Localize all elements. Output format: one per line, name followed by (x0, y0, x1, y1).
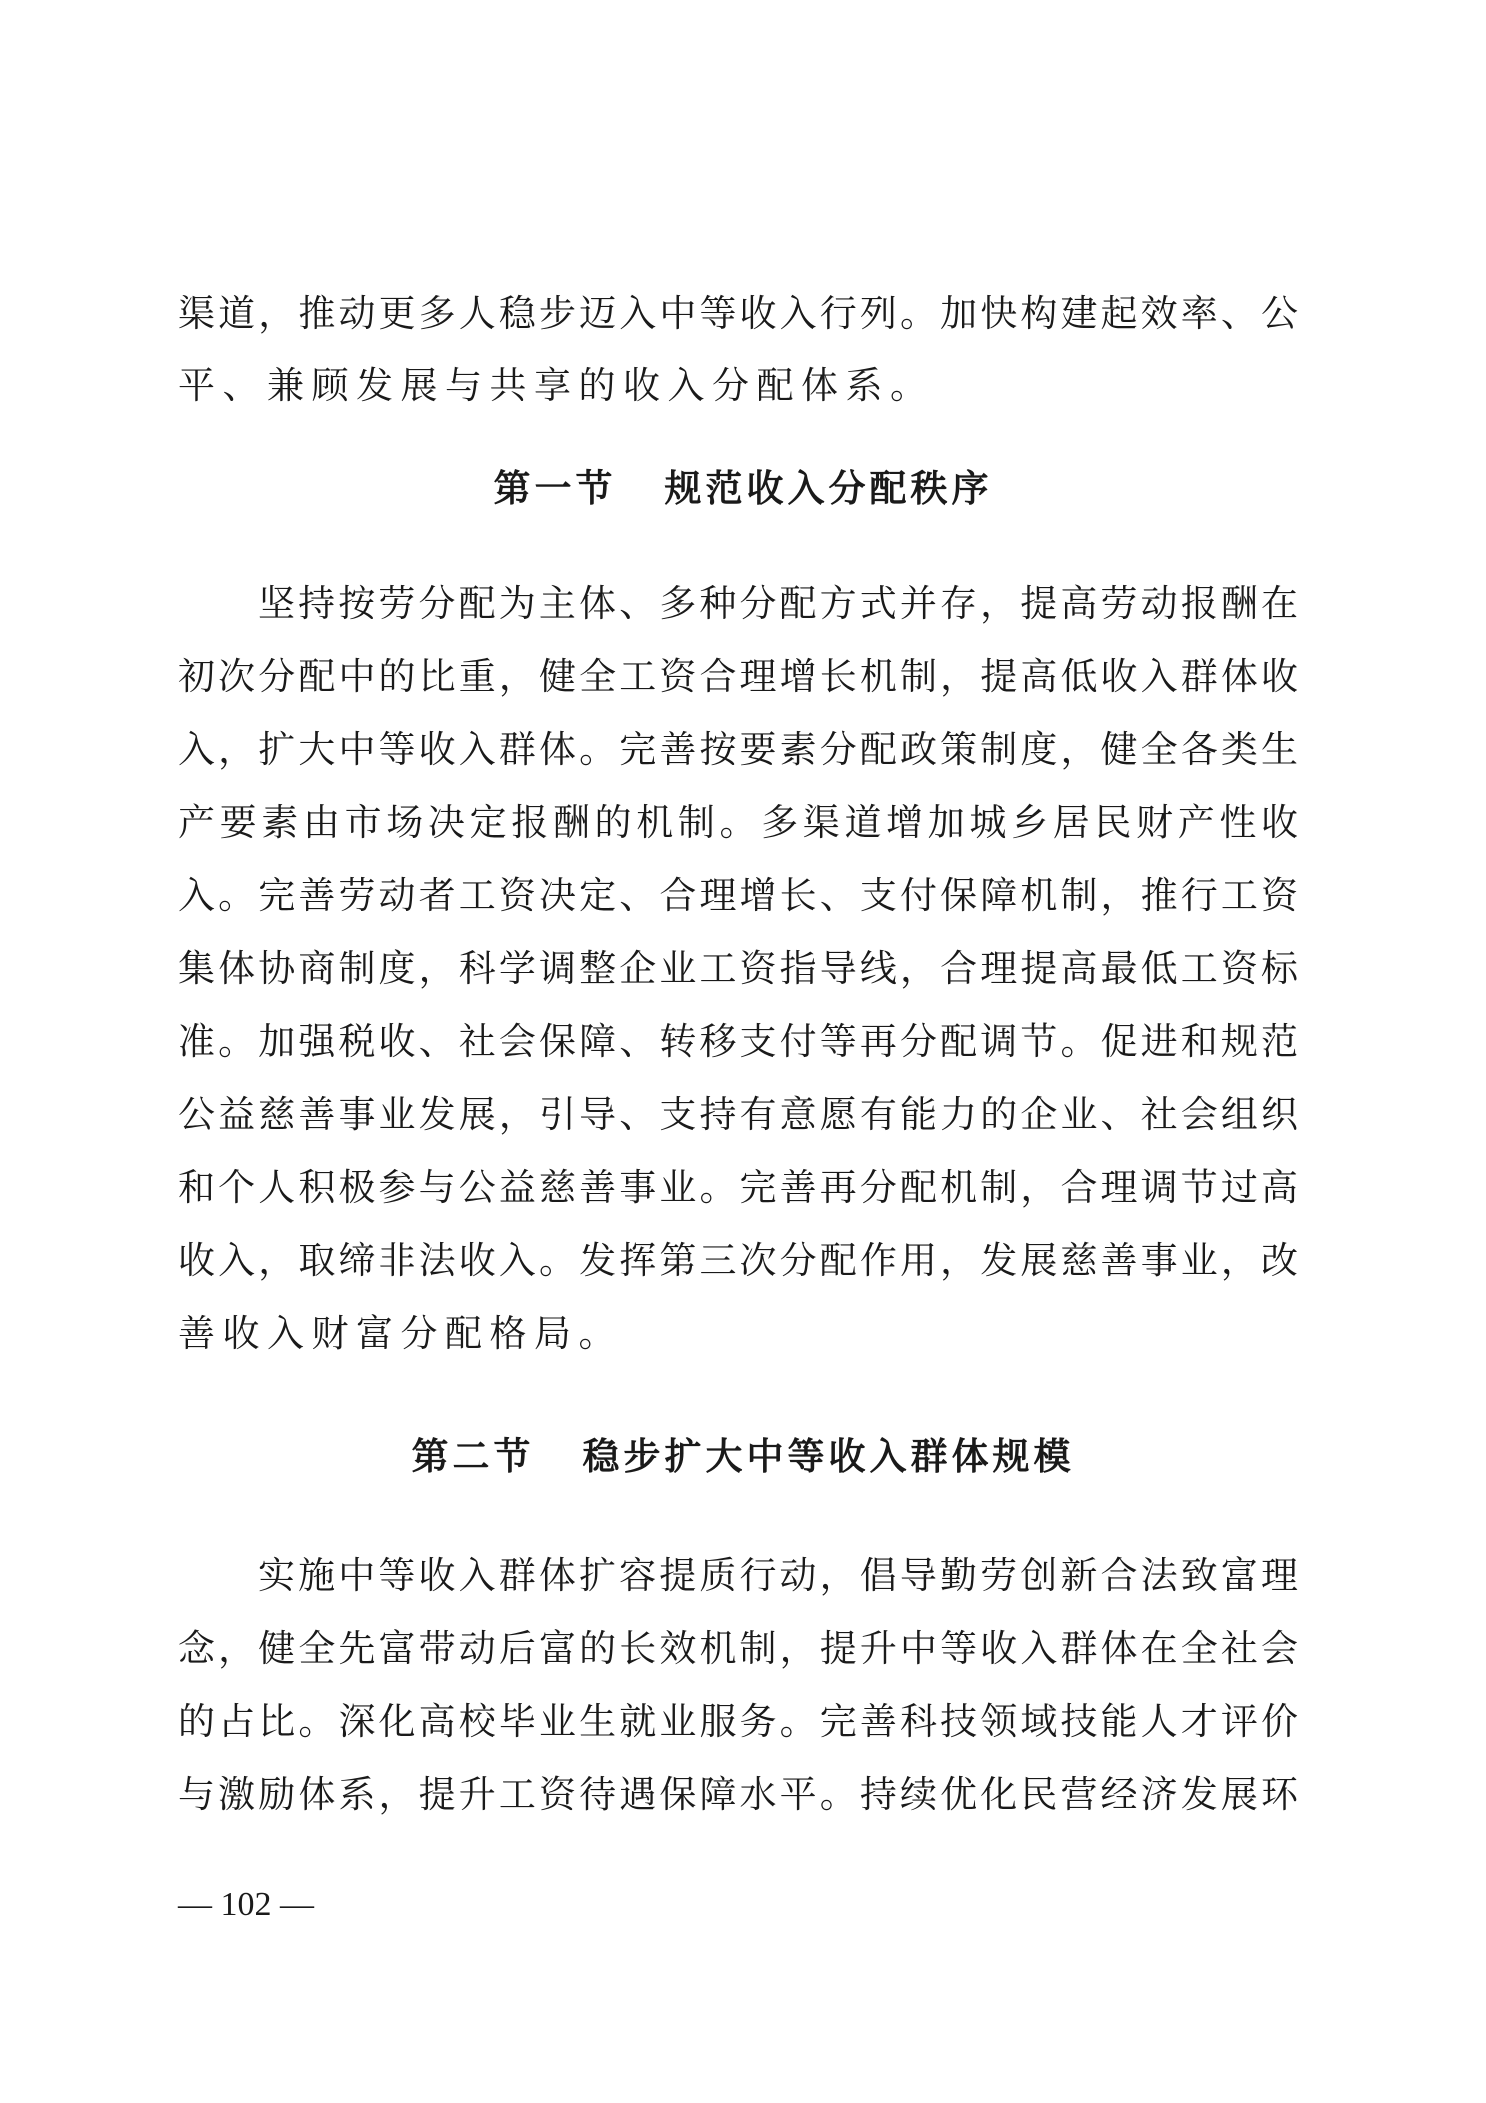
section-1-number: 第一节 (494, 466, 617, 510)
section-1-line-11: 善收入财富分配格局。 (178, 1306, 1298, 1362)
page-number: — 102 — (178, 1880, 314, 1930)
document-page: 渠道，推动更多人稳步迈入中等收入行列。加快构建起效率、公 平、兼顾发展与共享的收… (0, 0, 1486, 2103)
section-1-line-10: 收入，取缔非法收入。发挥第三次分配作用，发展慈善事业，改 (178, 1233, 1298, 1289)
section-2-line-3: 的占比。深化高校毕业生就业服务。完善科技领域技能人才评价 (178, 1694, 1298, 1750)
section-2-line-4: 与激励体系，提升工资待遇保障水平。持续优化民营经济发展环 (178, 1767, 1298, 1823)
section-1-heading: 第一节规范收入分配秩序 (0, 460, 1486, 516)
section-1-line-3: 入，扩大中等收入群体。完善按要素分配政策制度，健全各类生 (178, 722, 1298, 778)
section-1-line-7: 准。加强税收、社会保障、转移支付等再分配调节。促进和规范 (178, 1014, 1298, 1070)
intro-line-1: 渠道，推动更多人稳步迈入中等收入行列。加快构建起效率、公 (178, 286, 1298, 342)
section-1-line-8: 公益慈善事业发展，引导、支持有意愿有能力的企业、社会组织 (178, 1087, 1298, 1143)
section-1-line-6: 集体协商制度，科学调整企业工资指导线，合理提高最低工资标 (178, 941, 1298, 997)
section-1-line-9: 和个人积极参与公益慈善事业。完善再分配机制，合理调节过高 (178, 1160, 1298, 1216)
section-1-line-2: 初次分配中的比重，健全工资合理增长机制，提高低收入群体收 (178, 649, 1298, 705)
section-2-line-1: 实施中等收入群体扩容提质行动，倡导勤劳创新合法致富理 (258, 1548, 1298, 1604)
section-1-title: 规范收入分配秩序 (665, 466, 993, 510)
section-1-line-5: 入。完善劳动者工资决定、合理增长、支付保障机制，推行工资 (178, 868, 1298, 924)
section-2-line-2: 念，健全先富带动后富的长效机制，提升中等收入群体在全社会 (178, 1621, 1298, 1677)
section-2-heading: 第二节稳步扩大中等收入群体规模 (0, 1428, 1486, 1484)
section-2-number: 第二节 (412, 1434, 535, 1478)
section-2-title: 稳步扩大中等收入群体规模 (583, 1434, 1075, 1478)
intro-line-2: 平、兼顾发展与共享的收入分配体系。 (178, 358, 1298, 414)
section-1-line-4: 产要素由市场决定报酬的机制。多渠道增加城乡居民财产性收 (178, 795, 1298, 851)
section-1-line-1: 坚持按劳分配为主体、多种分配方式并存，提高劳动报酬在 (258, 576, 1298, 632)
